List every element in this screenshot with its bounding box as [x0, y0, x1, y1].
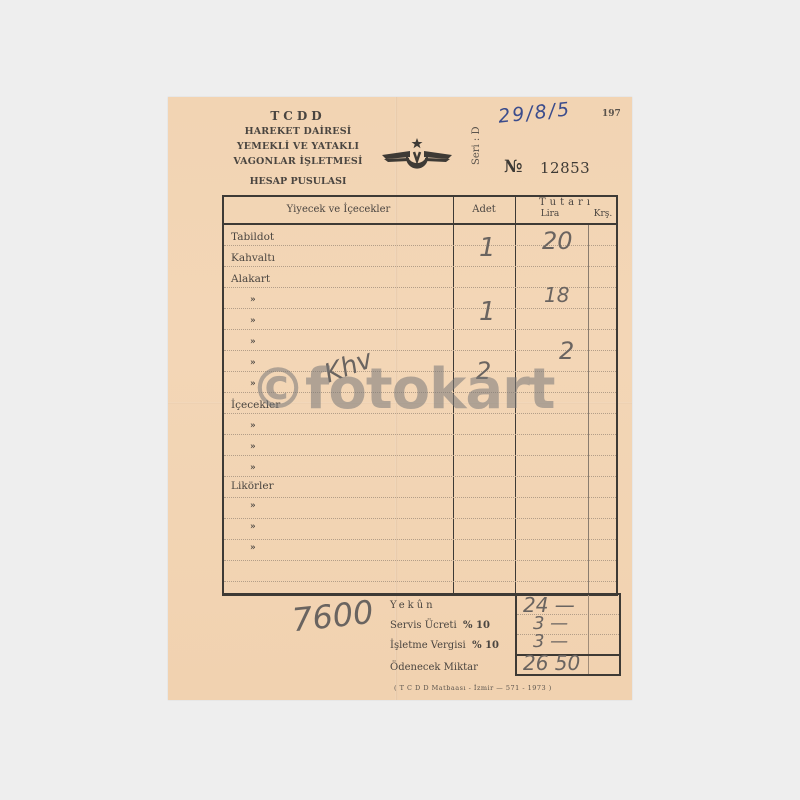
- item-likorler: Likörler: [231, 480, 274, 492]
- document-title: HESAP PUSULASI: [220, 174, 376, 189]
- totals-box: 24 — 3 — 3 — 26 50: [515, 593, 621, 676]
- amount-alakart-3: 2: [559, 337, 574, 365]
- row-rule: [224, 560, 616, 561]
- amount-tabildot: 20: [542, 227, 573, 255]
- service-fee-text: Servis Ücreti: [390, 620, 457, 631]
- item-alakart: Alakart: [231, 273, 270, 285]
- header-rule: [224, 223, 616, 225]
- service-fee-label: Servis Ücreti % 10: [390, 620, 490, 631]
- item-ditto: »: [250, 501, 256, 511]
- tax-pct: % 10: [472, 640, 499, 651]
- printer-imprint: ( T C D D Matbaası - İzmir — 571 - 1973 …: [394, 684, 552, 692]
- service-fee-pct: % 10: [463, 620, 490, 631]
- handwritten-side-total: 7600: [290, 593, 375, 639]
- row-rule: [224, 497, 616, 498]
- item-ditto: »: [250, 421, 256, 431]
- row-rule: [224, 476, 616, 477]
- printed-year: 197: [602, 109, 621, 119]
- row-rule: [224, 434, 616, 435]
- item-ditto: »: [250, 522, 256, 532]
- letterhead-line3: VAGONLAR İŞLETMESİ: [220, 154, 376, 169]
- letterhead-line2: YEMEKLİ VE YATAKLI: [220, 139, 376, 154]
- payable-value: 26 50: [523, 651, 580, 675]
- tcdd-winged-crescent-star-icon: [380, 137, 454, 173]
- number-sign: №: [504, 157, 522, 177]
- item-ditto: »: [250, 295, 256, 305]
- row-rule: [224, 539, 616, 540]
- row-rule: [224, 308, 616, 309]
- item-ditto: »: [250, 543, 256, 553]
- department: HAREKET DAİRESİ: [220, 124, 376, 139]
- series-label: Seri : D: [471, 127, 482, 166]
- row-rule: [224, 266, 616, 267]
- tax-value: 3 —: [533, 631, 568, 652]
- row-rule: [224, 518, 616, 519]
- totals-kurus-rule: [588, 595, 589, 674]
- col-header-kurus: Krş.: [588, 209, 618, 219]
- kurus-column-rule: [588, 225, 589, 593]
- col-header-amount: Tutarı: [515, 197, 618, 208]
- item-tabildot: Tabildot: [231, 231, 274, 243]
- tax-text: İşletme Vergisi: [390, 640, 466, 651]
- amount-alakart-1: 18: [544, 283, 569, 307]
- item-ditto: »: [250, 442, 256, 452]
- row-rule: [224, 329, 616, 330]
- qty-alakart-1: 1: [479, 297, 496, 327]
- item-ditto: »: [250, 316, 256, 326]
- letterhead: TCDD HAREKET DAİRESİ YEMEKLİ VE YATAKLI …: [220, 109, 376, 189]
- row-rule: [224, 581, 616, 582]
- item-kahvalti: Kahvaltı: [231, 252, 275, 264]
- serial-number: 12853: [540, 159, 590, 177]
- watermark: ©fotokart: [250, 362, 555, 418]
- row-rule: [224, 350, 616, 351]
- col-header-lira: Lira: [515, 209, 585, 219]
- yekun-label: Yekûn: [390, 600, 436, 611]
- handwritten-date: 29/8/5: [497, 98, 572, 128]
- qty-tabildot: 1: [479, 233, 496, 263]
- col-header-qty: Adet: [453, 204, 515, 215]
- item-ditto: »: [250, 463, 256, 473]
- item-ditto: »: [250, 337, 256, 347]
- row-rule: [224, 455, 616, 456]
- payable-label: Ödenecek Miktar: [390, 662, 478, 673]
- org-name: TCDD: [220, 109, 376, 124]
- tax-label: İşletme Vergisi % 10: [390, 640, 499, 651]
- col-header-items: Yiyecek ve İçecekler: [224, 204, 453, 215]
